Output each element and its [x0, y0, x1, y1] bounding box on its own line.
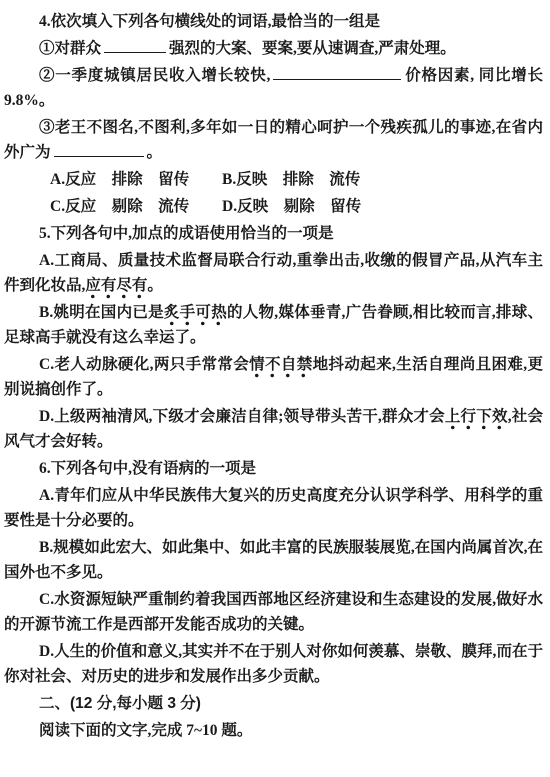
q5-option-b-idiom: 炙手可热 [164, 304, 227, 326]
q4-item1-post: 强烈的大案、要案,要从速调查,严肃处理。 [169, 40, 456, 57]
q4-blank-line-1 [104, 43, 166, 53]
q4-item1-pre: ①对群众 [39, 40, 101, 57]
q4-item2-pre: ②一季度城镇居民收入增长较快, [39, 67, 270, 84]
q5-option-a-idiom: 应有尽有 [85, 277, 147, 299]
q4-item-2: ②一季度城镇居民收入增长较快,价格因素, 同比增长 9.8%。 [4, 63, 543, 113]
q4-option-d: D.反映 剔除 留传 [222, 194, 361, 219]
q6-option-c: C.水资源短缺严重制约着我国西部地区经济建设和生态建设的发展,做好水的开源节流工… [4, 587, 543, 637]
q4-stem: 4.依次填入下列各句横线处的词语,最恰当的一组是 [4, 9, 543, 34]
q4-options-row-1: A.反应 排除 留传 B.反映 排除 流传 [4, 167, 543, 192]
q5-option-b-pre: B.姚明在国内已是 [39, 304, 164, 321]
q5-stem: 5.下列各句中,加点的成语使用恰当的一项是 [4, 221, 543, 246]
question-6: 6.下列各句中,没有语病的一项是 A.青年们应从中华民族伟大复兴的历史高度充分认… [4, 456, 543, 689]
q4-blank-line-2 [273, 70, 401, 80]
q4-item3-post: 。 [147, 144, 163, 161]
q5-option-a-post: 。 [147, 277, 163, 294]
exam-page: 4.依次填入下列各句横线处的词语,最恰当的一组是 ①对群众强烈的大案、要案,要从… [0, 0, 550, 777]
section-2-heading: 二、(12 分,每小题 3 分) [4, 691, 543, 716]
question-4: 4.依次填入下列各句横线处的词语,最恰当的一组是 ①对群众强烈的大案、要案,要从… [4, 9, 543, 219]
q4-options-row-2: C.反应 剔除 流传 D.反映 剔除 留传 [4, 194, 543, 219]
section-2-intro: 阅读下面的文字,完成 7~10 题。 [4, 718, 543, 743]
question-5: 5.下列各句中,加点的成语使用恰当的一项是 A.工商局、质量技术监督局联合行动,… [4, 221, 543, 454]
q5-option-c: C.老人动脉硬化,两只手常常会情不自禁地抖动起来,生活自理尚且困难,更别说搞创作… [4, 352, 543, 402]
q6-option-d: D.人生的价值和意义,其实并不在于别人对你如何羡慕、崇敬、膜拜,而在于你对社会、… [4, 639, 543, 689]
q4-item-3: ③老王不图名,不图利,多年如一日的精心呵护一个残疾孤儿的事迹,在省内外广为。 [4, 115, 543, 165]
q5-option-c-pre: C.老人动脉硬化,两只手常常会 [39, 356, 249, 373]
q5-option-c-idiom: 情不自禁 [249, 356, 313, 378]
q4-blank-line-3 [54, 147, 144, 157]
q4-option-a: A.反应 排除 留传 [50, 167, 222, 192]
q4-option-b: B.反映 排除 流传 [222, 167, 360, 192]
q5-option-d-pre: D.上级两袖清风,下级才会廉洁自律;领导带头苦干,群众才会 [39, 408, 445, 425]
q6-option-a: A.青年们应从中华民族伟大复兴的历史高度充分认识学科学、用科学的重要性是十分必要… [4, 483, 543, 533]
q4-item-1: ①对群众强烈的大案、要案,要从速调查,严肃处理。 [4, 36, 543, 61]
q5-option-d: D.上级两袖清风,下级才会廉洁自律;领导带头苦干,群众才会上行下效,社会风气才会… [4, 404, 543, 454]
q5-option-a: A.工商局、质量技术监督局联合行动,重拳出击,收缴的假冒产品,从汽车主件到化妆品… [4, 248, 543, 298]
q5-option-d-idiom: 上行下效 [445, 408, 508, 430]
section-2: 二、(12 分,每小题 3 分) 阅读下面的文字,完成 7~10 题。 [4, 691, 543, 743]
q4-option-c: C.反应 剔除 流传 [50, 194, 222, 219]
q6-option-b: B.规模如此宏大、如此集中、如此丰富的民族服装展览,在国内尚属首次,在国外也不多… [4, 535, 543, 585]
q5-option-b: B.姚明在国内已是炙手可热的人物,媒体垂青,广告眷顾,相比较而言,排球、足球高手… [4, 300, 543, 350]
q6-stem: 6.下列各句中,没有语病的一项是 [4, 456, 543, 481]
